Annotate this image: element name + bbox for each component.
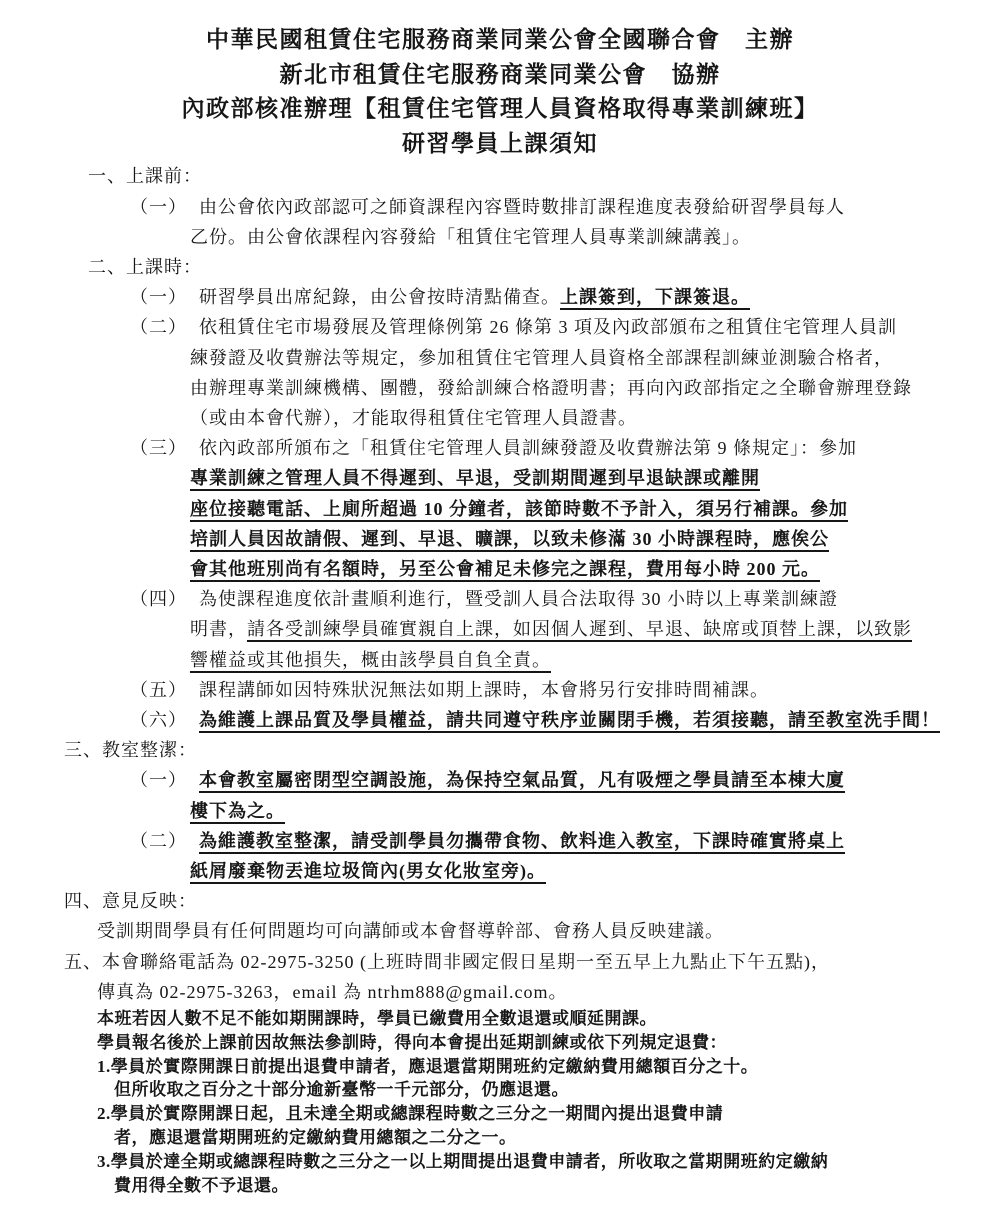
doc-line: 專業訓練之管理人員不得遲到、早退，受訓期間遲到早退缺課或離開	[0, 463, 1000, 493]
doc-line: （一）由公會依內政部認可之師資課程內容暨時數排訂課程進度表發給研習學員每人	[0, 192, 1000, 222]
text-segment: 受訓期間學員有任何問題均可向講師或本會督導幹部、會務人員反映建議。	[97, 921, 724, 941]
text-segment: 練發證及收費辦法等規定，參加租賃住宅管理人員資格全部課程訓練並測驗合格者，	[190, 348, 893, 368]
doc-line: （六）為維護上課品質及學員權益，請共同遵守秩序並關閉手機，若須接聽，請至教室洗手…	[0, 705, 1000, 735]
doc-line: 學員報名後於上課前因故無法參訓時，得向本會提出延期訓練或依下列規定退費：	[0, 1031, 1000, 1055]
doc-line: （或由本會代辦），才能取得租賃住宅管理人員證書。	[0, 403, 1000, 433]
doc-line: 受訓期間學員有任何問題均可向講師或本會督導幹部、會務人員反映建議。	[0, 916, 1000, 946]
doc-line: 培訓人員因故請假、遲到、早退、曠課，以致未修滿 30 小時課程時，應俟公	[0, 524, 1000, 554]
text-segment: 紙屑廢棄物丟進垃圾筒內(男女化妝室旁)。	[190, 861, 546, 884]
doc-line: 傳真為 02-2975-3263，email 為 ntrhm888@gmail.…	[0, 977, 1000, 1007]
text-segment: 培訓人員因故請假、遲到、早退、曠課，以致未修滿 30 小時課程時，應俟公	[190, 529, 829, 552]
doc-line: 會其他班別尚有名額時，另至公會補足未修完之課程，費用每小時 200 元。	[0, 554, 1000, 584]
text-segment: 依內政部所頒布之「租賃住宅管理人員訓練發證及收費辦法第 9 條規定」：參加	[199, 438, 857, 458]
doc-line: 由辦理專業訓練機構、團體，發給訓練合格證明書；再向內政部指定之全聯會辦理登錄	[0, 373, 1000, 403]
doc-line: 2.學員於實際開課日起，且未達全期或總課程時數之三分之一期間內提出退費申請	[0, 1102, 1000, 1126]
doc-line: 三、教室整潔：	[0, 735, 1000, 765]
list-marker: （一）	[130, 765, 187, 795]
list-marker: （六）	[130, 705, 187, 735]
title-line: 內政部核准辦理【租賃住宅管理人員資格取得專業訓練班】	[0, 92, 1000, 127]
doc-line: （二）為維護教室整潔，請受訓學員勿攜帶食物、飲料進入教室，下課時確實將桌上	[0, 826, 1000, 856]
doc-line: 一、上課前：	[0, 161, 1000, 191]
text-segment: 依租賃住宅市場發展及管理條例第 26 條第 3 項及內政部頒布之租賃住宅管理人員…	[199, 317, 897, 337]
doc-line: （二）依租賃住宅市場發展及管理條例第 26 條第 3 項及內政部頒布之租賃住宅管…	[0, 312, 1000, 342]
doc-line: 座位接聽電話、上廁所超過 10 分鐘者，該節時數不予計入，須另行補課。參加	[0, 494, 1000, 524]
doc-line: 四、意見反映：	[0, 886, 1000, 916]
text-segment: 一、上課前：	[88, 166, 202, 186]
doc-line: 1.學員於實際開課日前提出退費申請者，應退還當期開班約定繳納費用總額百分之十。	[0, 1055, 1000, 1079]
text-segment: （或由本會代辦），才能取得租賃住宅管理人員證書。	[190, 408, 637, 428]
text-segment: 本會教室屬密閉型空調設施，為保持空氣品質，凡有吸煙之學員請至本棟大廈	[199, 770, 845, 793]
text-segment: 為維護上課品質及學員權益，請共同遵守秩序並關閉手機，若須接聽，請至教室洗手間！	[199, 710, 940, 733]
doc-line: （一）研習學員出席紀錄，由公會按時清點備查。上課簽到，下課簽退。	[0, 282, 1000, 312]
text-segment: 1.學員於實際開課日前提出退費申請者，應退還當期開班約定繳納費用總額百分之十。	[97, 1057, 758, 1076]
list-marker: （一）	[130, 282, 187, 312]
text-segment: 但所收取之百分之十部分逾新臺幣一千元部分，仍應退還。	[114, 1080, 569, 1099]
document-title-block: 中華民國租賃住宅服務商業同業公會全國聯合會 主辦新北市租賃住宅服務商業同業公會 …	[0, 0, 1000, 161]
text-segment: 為使課程進度依計畫順利進行，暨受訓人員合法取得 30 小時以上專業訓練證	[199, 589, 838, 609]
text-segment: 由公會依內政部認可之師資課程內容暨時數排訂課程進度表發給研習學員每人	[199, 197, 845, 217]
text-segment: 請各受訓練學員確實親自上課，如因個人遲到、早退、缺席或頂替上課，以致影	[247, 619, 912, 642]
doc-line: （一）本會教室屬密閉型空調設施，為保持空氣品質，凡有吸煙之學員請至本棟大廈	[0, 765, 1000, 795]
doc-line: 樓下為之。	[0, 796, 1000, 826]
list-marker: （二）	[130, 826, 187, 856]
document-page: 中華民國租賃住宅服務商業同業公會全國聯合會 主辦新北市租賃住宅服務商業同業公會 …	[0, 0, 1000, 1221]
list-marker: （五）	[130, 675, 187, 705]
text-segment: 費用得全數不予退還。	[114, 1176, 289, 1195]
list-marker: （二）	[130, 312, 187, 342]
title-line: 研習學員上課須知	[0, 127, 1000, 162]
list-marker: （三）	[130, 433, 187, 463]
doc-line: 明書，請各受訓練學員確實親自上課，如因個人遲到、早退、缺席或頂替上課，以致影	[0, 614, 1000, 644]
text-segment: 傳真為 02-2975-3263，email 為 ntrhm888@gmail.…	[97, 982, 568, 1002]
doc-line: （四）為使課程進度依計畫順利進行，暨受訓人員合法取得 30 小時以上專業訓練證	[0, 584, 1000, 614]
text-segment: 二、上課時：	[88, 257, 202, 277]
doc-line: 練發證及收費辦法等規定，參加租賃住宅管理人員資格全部課程訓練並測驗合格者，	[0, 343, 1000, 373]
text-segment: 樓下為之。	[190, 801, 285, 824]
doc-line: （五）課程講師如因特殊狀況無法如期上課時，本會將另行安排時間補課。	[0, 675, 1000, 705]
doc-line: 五、本會聯絡電話為 02-2975-3250 (上班時間非國定假日星期一至五早上…	[0, 947, 1000, 977]
text-segment: 為維護教室整潔，請受訓學員勿攜帶食物、飲料進入教室，下課時確實將桌上	[199, 831, 845, 854]
doc-line: 二、上課時：	[0, 252, 1000, 282]
list-marker: （四）	[130, 584, 187, 614]
text-segment: 五、本會聯絡電話為 02-2975-3250 (上班時間非國定假日星期一至五早上…	[64, 952, 830, 972]
text-segment: 四、意見反映：	[64, 891, 197, 911]
doc-line: 本班若因人數不足不能如期開課時，學員已繳費用全數退還或順延開課。	[0, 1007, 1000, 1031]
title-line: 新北市租賃住宅服務商業同業公會 協辦	[0, 58, 1000, 93]
text-segment: 專業訓練之管理人員不得遲到、早退，受訓期間遲到早退缺課或離開	[190, 468, 760, 491]
text-segment: 者，應退還當期開班約定繳納費用總額之二分之一。	[114, 1128, 517, 1147]
text-segment: 研習學員出席紀錄，由公會按時清點備查。	[199, 287, 560, 307]
text-segment: 明書，	[190, 619, 247, 639]
text-segment: 學員報名後於上課前因故無法參訓時，得向本會提出延期訓練或依下列規定退費：	[97, 1033, 727, 1052]
text-segment: 乙份。由公會依課程內容發給「租賃住宅管理人員專業訓練講義」。	[190, 227, 751, 247]
doc-line: 3.學員於達全期或總課程時數之三分之一以上期間提出退費申請者，所收取之當期開班約…	[0, 1150, 1000, 1174]
text-segment: 會其他班別尚有名額時，另至公會補足未修完之課程，費用每小時 200 元。	[190, 559, 820, 582]
title-line: 中華民國租賃住宅服務商業同業公會全國聯合會 主辦	[0, 23, 1000, 58]
doc-line: 響權益或其他損失，概由該學員自負全責。	[0, 645, 1000, 675]
text-segment: 3.學員於達全期或總課程時數之三分之一以上期間提出退費申請者，所收取之當期開班約…	[97, 1152, 828, 1171]
doc-line: 者，應退還當期開班約定繳納費用總額之二分之一。	[0, 1126, 1000, 1150]
doc-line: 但所收取之百分之十部分逾新臺幣一千元部分，仍應退還。	[0, 1078, 1000, 1102]
text-segment: 2.學員於實際開課日起，且未達全期或總課程時數之三分之一期間內提出退費申請	[97, 1104, 723, 1123]
text-segment: 課程講師如因特殊狀況無法如期上課時，本會將另行安排時間補課。	[199, 680, 769, 700]
text-segment: 本班若因人數不足不能如期開課時，學員已繳費用全數退還或順延開課。	[97, 1009, 657, 1028]
text-segment: 座位接聽電話、上廁所超過 10 分鐘者，該節時數不予計入，須另行補課。參加	[190, 499, 848, 522]
doc-line: 紙屑廢棄物丟進垃圾筒內(男女化妝室旁)。	[0, 856, 1000, 886]
list-marker: （一）	[130, 192, 187, 222]
document-body: 一、上課前：（一）由公會依內政部認可之師資課程內容暨時數排訂課程進度表發給研習學…	[0, 161, 1000, 1197]
text-segment: 響權益或其他損失，概由該學員自負全責。	[190, 650, 551, 673]
text-segment: 由辦理專業訓練機構、團體，發給訓練合格證明書；再向內政部指定之全聯會辦理登錄	[190, 378, 912, 398]
doc-line: （三）依內政部所頒布之「租賃住宅管理人員訓練發證及收費辦法第 9 條規定」：參加	[0, 433, 1000, 463]
doc-line: 乙份。由公會依課程內容發給「租賃住宅管理人員專業訓練講義」。	[0, 222, 1000, 252]
text-segment: 三、教室整潔：	[64, 740, 197, 760]
doc-line: 費用得全數不予退還。	[0, 1174, 1000, 1198]
text-segment: 上課簽到，下課簽退。	[560, 287, 750, 310]
